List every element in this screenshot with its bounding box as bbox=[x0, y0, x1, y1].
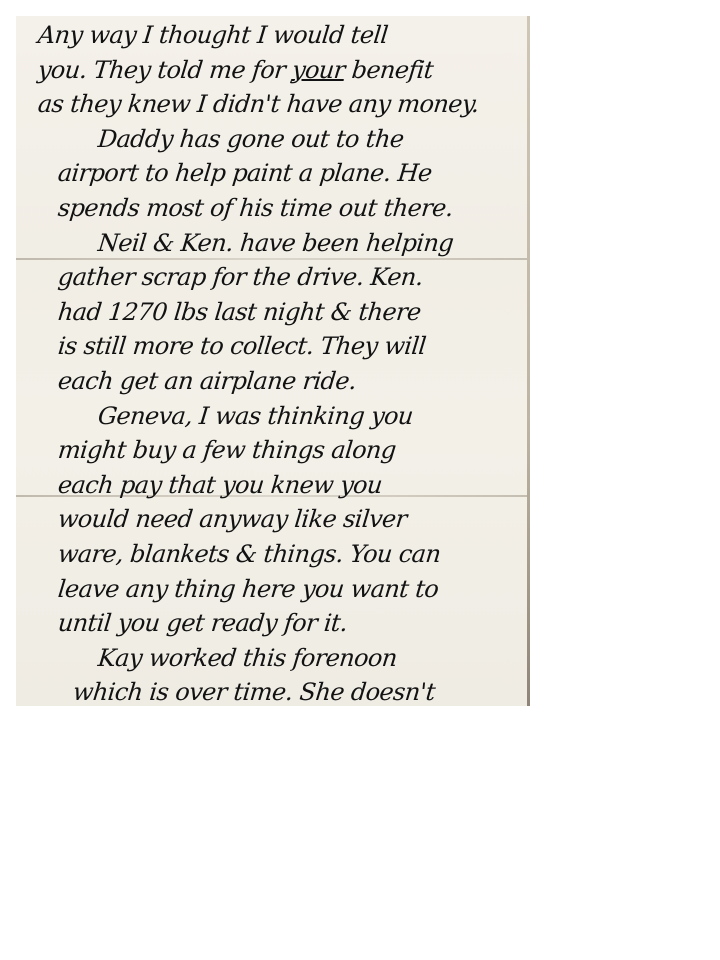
text-line: until you get ready for it. bbox=[36, 606, 520, 641]
text-line: leave any thing here you want to bbox=[36, 572, 520, 607]
text-line: Neil & Ken. have been helping bbox=[36, 226, 520, 261]
text-line-with-underline: you. They told me for your benefit bbox=[36, 53, 520, 88]
text-line: gather scrap for the drive. Ken. bbox=[36, 260, 520, 295]
text-line: spends most of his time out there. bbox=[36, 191, 520, 226]
text-line: would need anyway like silver bbox=[36, 502, 520, 537]
text-line: each pay that you knew you bbox=[36, 468, 520, 503]
text-line: Daddy has gone out to the bbox=[36, 122, 520, 157]
text-line: is still more to collect. They will bbox=[36, 329, 520, 364]
text-line: ware, blankets & things. You can bbox=[36, 537, 520, 572]
text-line: each get an airplane ride. bbox=[36, 364, 520, 399]
underlined-word: your bbox=[291, 56, 346, 84]
text-line: which is over time. She doesn't bbox=[36, 675, 520, 706]
page-edge bbox=[527, 16, 530, 706]
text-line: Kay worked this forenoon bbox=[36, 641, 520, 676]
text-line: Geneva, I was thinking you bbox=[36, 399, 520, 434]
text-line: as they knew I didn't have any money. bbox=[36, 87, 520, 122]
text-line: airport to help paint a plane. He bbox=[36, 156, 520, 191]
handwritten-text: Any way I thought I would tell you. They… bbox=[38, 18, 518, 706]
letter-page: Any way I thought I would tell you. They… bbox=[16, 16, 530, 706]
text-line: had 1270 lbs last night & there bbox=[36, 295, 520, 330]
text-line: might buy a few things along bbox=[36, 433, 520, 468]
text-line: Any way I thought I would tell bbox=[36, 18, 520, 53]
